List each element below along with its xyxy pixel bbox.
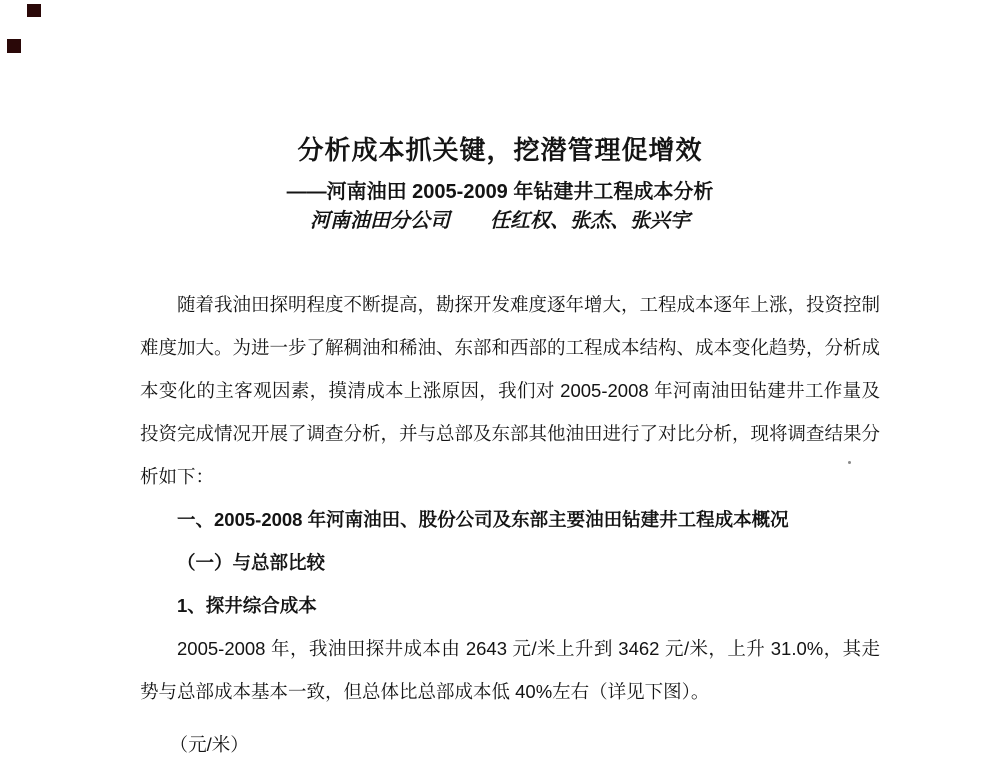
- document-page: 分析成本抓关键，挖潜管理促增效 ——河南油田 2005-2009 年钻建井工程成…: [0, 0, 1000, 760]
- document-byline: 河南油田分公司 任红权、张杰、张兴宇: [0, 209, 1000, 233]
- document-header: 分析成本抓关键，挖潜管理促增效 ——河南油田 2005-2009 年钻建井工程成…: [0, 0, 1000, 233]
- scan-artifact-top: [27, 4, 41, 17]
- subsection-heading: （一）与总部比较: [140, 541, 880, 584]
- paragraph-intro: 随着我油田探明程度不断提高，勘探开发难度逐年增大，工程成本逐年上涨，投资控制难度…: [140, 283, 880, 498]
- document-subtitle: ——河南油田 2005-2009 年钻建井工程成本分析: [0, 180, 1000, 204]
- document-title: 分析成本抓关键，挖潜管理促增效: [0, 133, 1000, 167]
- scan-artifact-left: [7, 39, 21, 53]
- unit-label: （元/米）: [140, 723, 880, 760]
- scan-speck: [848, 461, 851, 464]
- section-heading: 一、2005-2008 年河南油田、股份公司及东部主要油田钻建井工程成本概况: [140, 498, 880, 541]
- paragraph-costs: 2005-2008 年，我油田探井成本由 2643 元/米上升到 3462 元/…: [140, 627, 880, 713]
- document-body: 随着我油田探明程度不断提高，勘探开发难度逐年增大，工程成本逐年上涨，投资控制难度…: [140, 283, 880, 760]
- item-heading: 1、探井综合成本: [140, 584, 880, 627]
